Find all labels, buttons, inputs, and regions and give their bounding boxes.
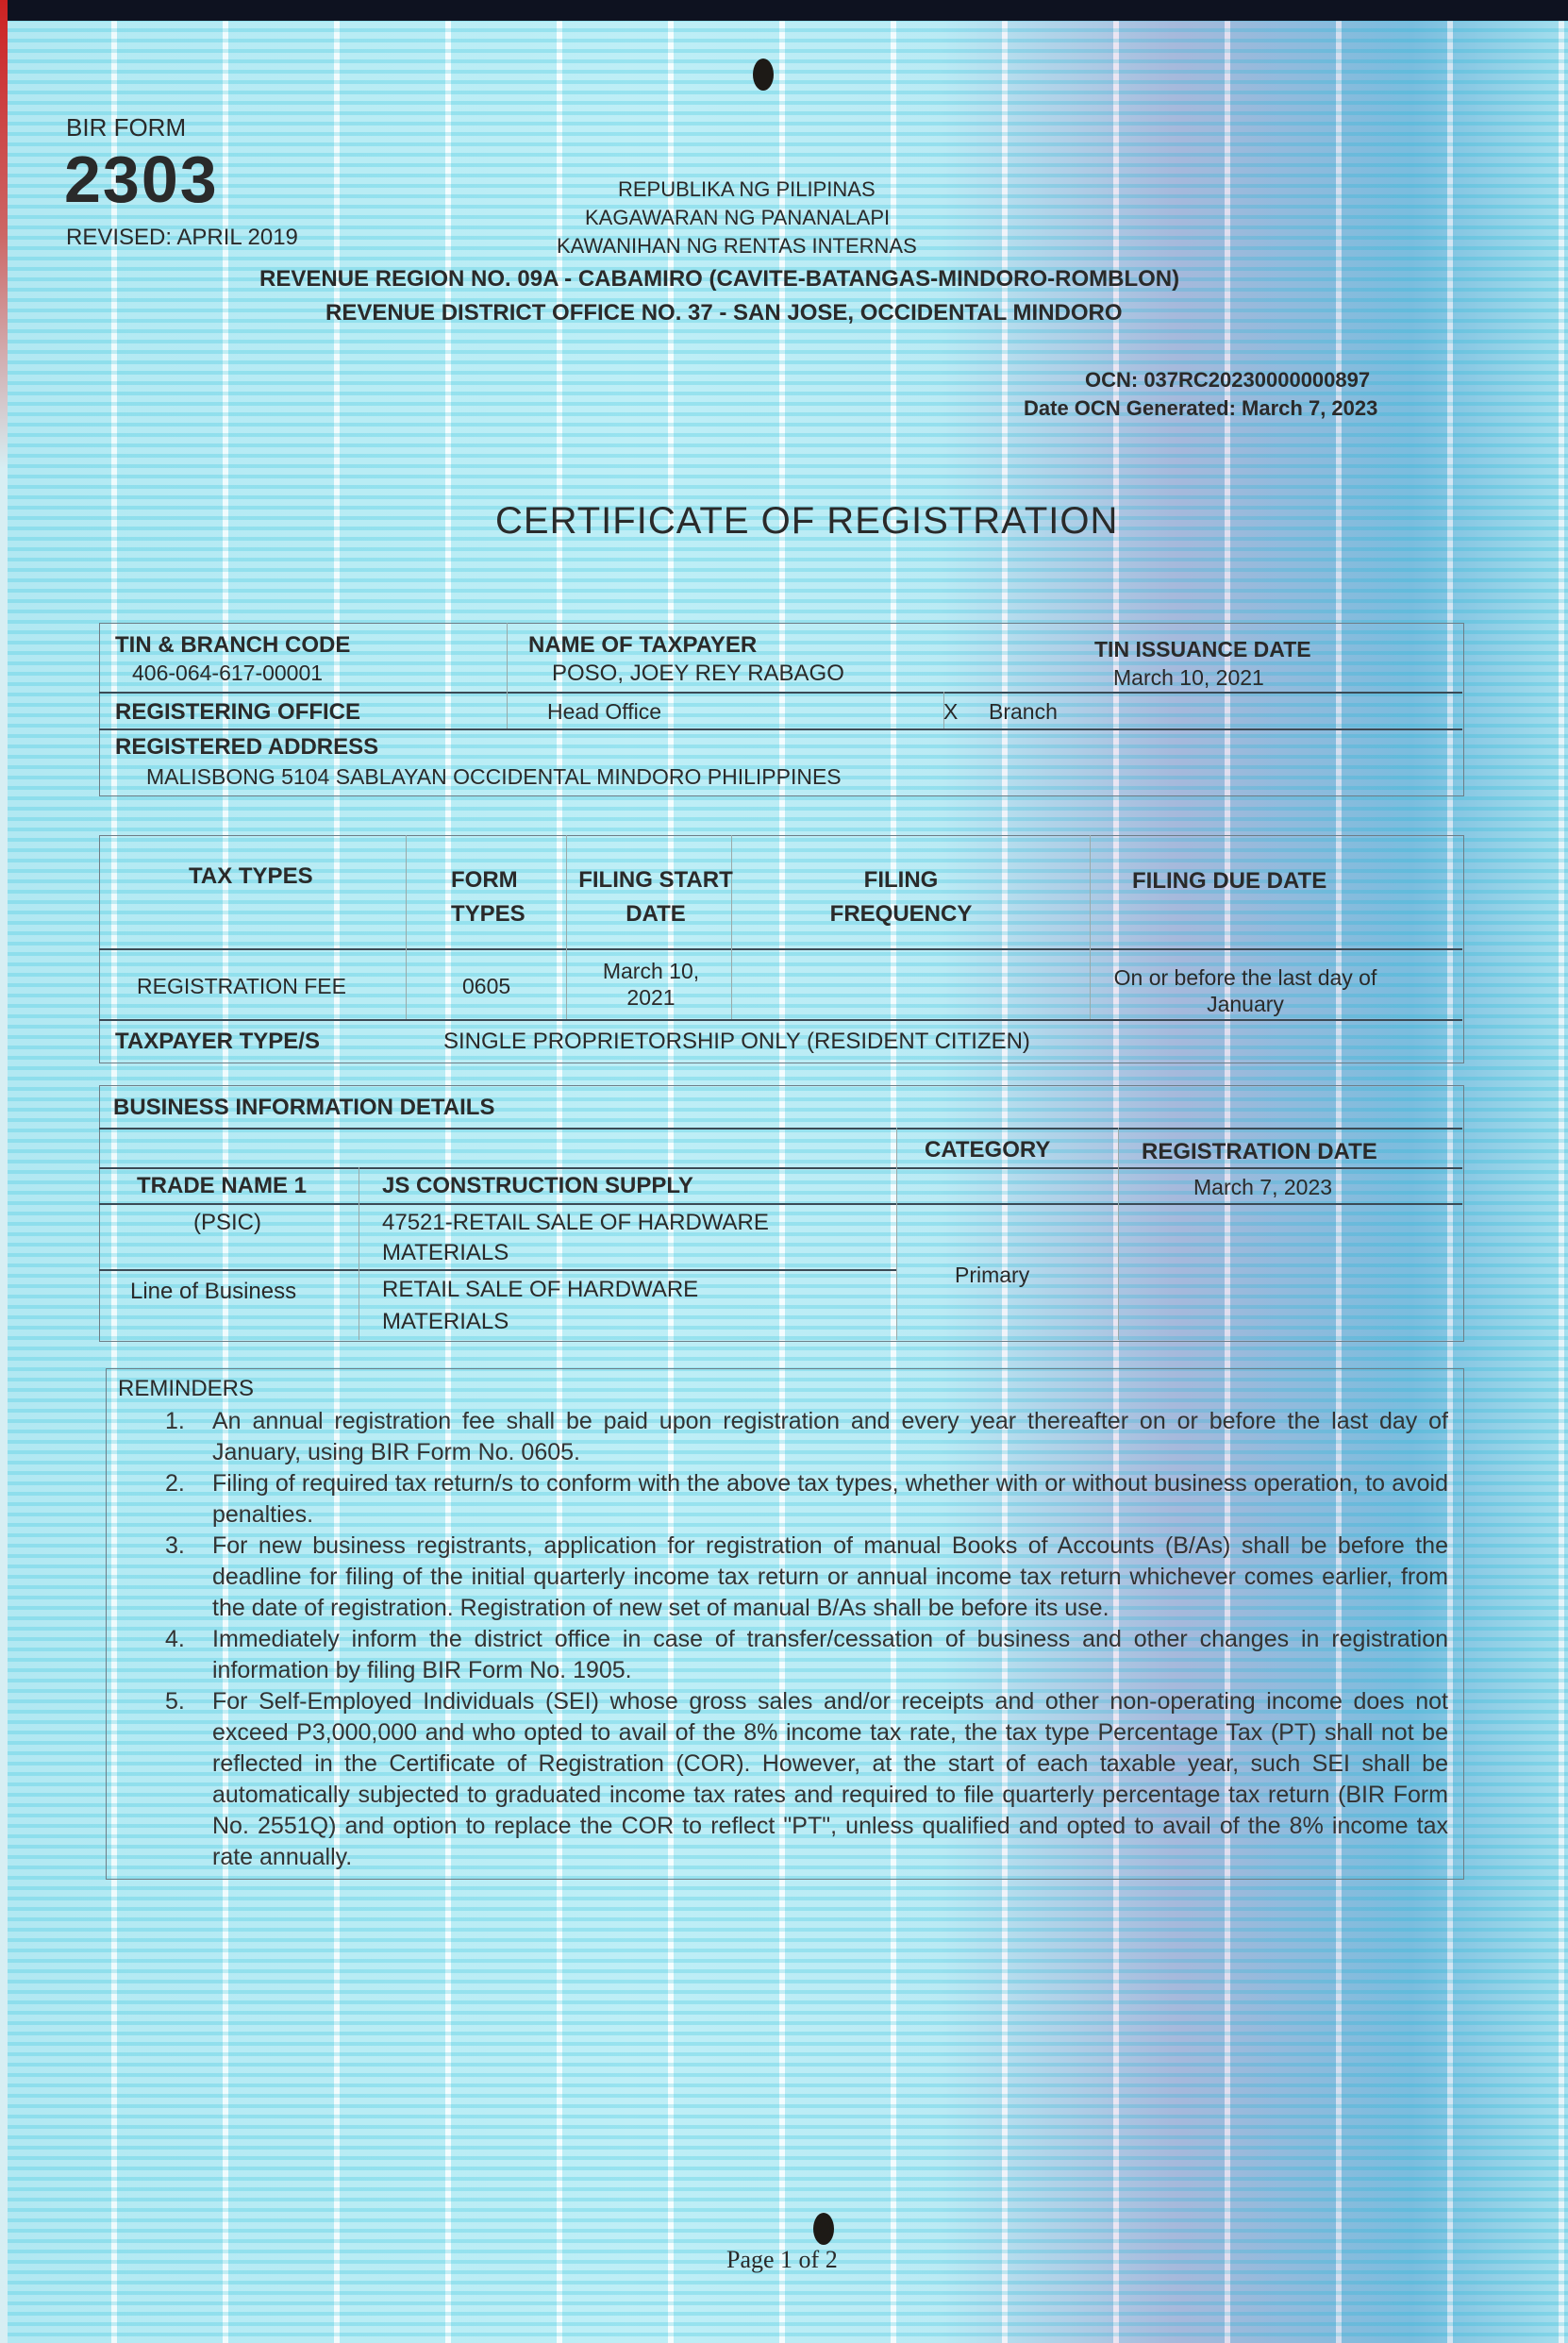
tin-issuance-label: TIN ISSUANCE DATE xyxy=(1094,637,1311,662)
header-department: KAGAWARAN NG PANANALAPI xyxy=(585,206,890,230)
header-registration-date: REGISTRATION DATE xyxy=(1142,1139,1377,1165)
divider xyxy=(1118,1128,1119,1340)
document-title: CERTIFICATE OF REGISTRATION xyxy=(495,500,1118,543)
tax-type-value: REGISTRATION FEE xyxy=(137,974,346,999)
header-filing-due-date: FILING DUE DATE xyxy=(1132,868,1326,895)
reminder-number: 2. xyxy=(165,1470,185,1498)
header-filing-frequency: FILING FREQUENCY xyxy=(811,863,991,931)
divider xyxy=(99,1203,1462,1205)
ocn-number: OCN: 037RC20230000000897 xyxy=(1085,368,1370,393)
reminder-number: 5. xyxy=(165,1688,185,1715)
tin-issuance-value: March 10, 2021 xyxy=(1113,665,1264,691)
reminder-item: For Self-Employed Individuals (SEI) whos… xyxy=(212,1686,1448,1873)
taxpayer-name-label: NAME OF TAXPAYER xyxy=(528,632,757,659)
header-category: CATEGORY xyxy=(925,1137,1050,1163)
filing-start-date-value: March 10, 2021 xyxy=(585,958,717,1011)
punch-hole-top xyxy=(753,59,774,91)
divider xyxy=(99,1167,1462,1169)
page-number: Page 1 of 2 xyxy=(726,2246,838,2274)
header-district: REVENUE DISTRICT OFFICE NO. 37 - SAN JOS… xyxy=(325,300,1123,326)
form-revised: REVISED: APRIL 2019 xyxy=(66,225,298,251)
registering-office-label: REGISTERING OFFICE xyxy=(115,699,360,726)
divider xyxy=(99,1019,1462,1021)
header-bureau: KAWANIHAN NG RENTAS INTERNAS xyxy=(557,234,917,259)
tin-label: TIN & BRANCH CODE xyxy=(115,632,350,659)
divider xyxy=(99,948,1462,950)
business-section-label: BUSINESS INFORMATION DETAILS xyxy=(113,1095,494,1121)
reminder-item: An annual registration fee shall be paid… xyxy=(212,1406,1448,1468)
psic-label: (PSIC) xyxy=(193,1210,261,1236)
ocn-generated-date: Date OCN Generated: March 7, 2023 xyxy=(1024,396,1377,421)
taxpayer-name-value: POSO, JOEY REY RABAGO xyxy=(552,661,844,687)
divider xyxy=(99,692,1462,694)
reminder-number: 4. xyxy=(165,1626,185,1653)
header-republic: REPUBLIKA NG PILIPINAS xyxy=(618,177,876,202)
divider xyxy=(99,1128,1462,1130)
form-number: 2303 xyxy=(64,142,219,217)
psic-value: 47521-RETAIL SALE OF HARDWARE MATERIALS xyxy=(382,1208,854,1268)
photo-left-edge xyxy=(0,0,8,2343)
divider xyxy=(99,1269,896,1271)
tin-value: 406-064-617-00001 xyxy=(132,661,323,686)
form-label: BIR FORM xyxy=(66,113,186,142)
branch-option: Branch xyxy=(989,699,1058,725)
header-tax-types: TAX TYPES xyxy=(189,863,313,890)
reminder-item: Immediately inform the district office i… xyxy=(212,1624,1448,1686)
line-of-business-value: RETAIL SALE OF HARDWARE MATERIALS xyxy=(382,1274,778,1338)
reminder-number: 1. xyxy=(165,1408,185,1435)
head-office-option: Head Office xyxy=(547,699,661,725)
filing-due-date-value: On or before the last day of January xyxy=(1085,964,1406,1017)
reminder-item: For new business registrants, applicatio… xyxy=(212,1531,1448,1624)
trade-name-value: JS CONSTRUCTION SUPPLY xyxy=(382,1173,693,1199)
line-of-business-label: Line of Business xyxy=(130,1279,296,1305)
taxpayer-type-value: SINGLE PROPRIETORSHIP ONLY (RESIDENT CIT… xyxy=(443,1029,1030,1055)
divider xyxy=(896,1128,897,1340)
form-type-value: 0605 xyxy=(462,974,510,999)
taxpayer-type-label: TAXPAYER TYPE/S xyxy=(115,1029,320,1055)
punch-hole-bottom xyxy=(813,2213,834,2245)
reminder-number: 3. xyxy=(165,1532,185,1560)
divider xyxy=(406,835,407,1019)
registered-address-value: MALISBONG 5104 SABLAYAN OCCIDENTAL MINDO… xyxy=(146,764,842,790)
reminder-item: Filing of required tax return/s to confo… xyxy=(212,1468,1448,1531)
divider xyxy=(566,835,567,1019)
divider xyxy=(99,728,1462,730)
divider xyxy=(507,623,508,728)
photo-background-edge xyxy=(0,0,1568,21)
header-form-types: FORM TYPES xyxy=(451,863,536,931)
header-filing-start-date: FILING START DATE xyxy=(575,863,736,931)
registered-address-label: REGISTERED ADDRESS xyxy=(115,734,378,761)
registration-date-value: March 7, 2023 xyxy=(1193,1175,1332,1200)
header-region: REVENUE REGION NO. 09A - CABAMIRO (CAVIT… xyxy=(259,266,1179,293)
divider xyxy=(359,1167,359,1340)
category-value: Primary xyxy=(955,1263,1029,1288)
branch-check-mark: X xyxy=(943,699,958,725)
reminders-label: REMINDERS xyxy=(118,1376,254,1402)
trade-name-label: TRADE NAME 1 xyxy=(137,1173,307,1199)
